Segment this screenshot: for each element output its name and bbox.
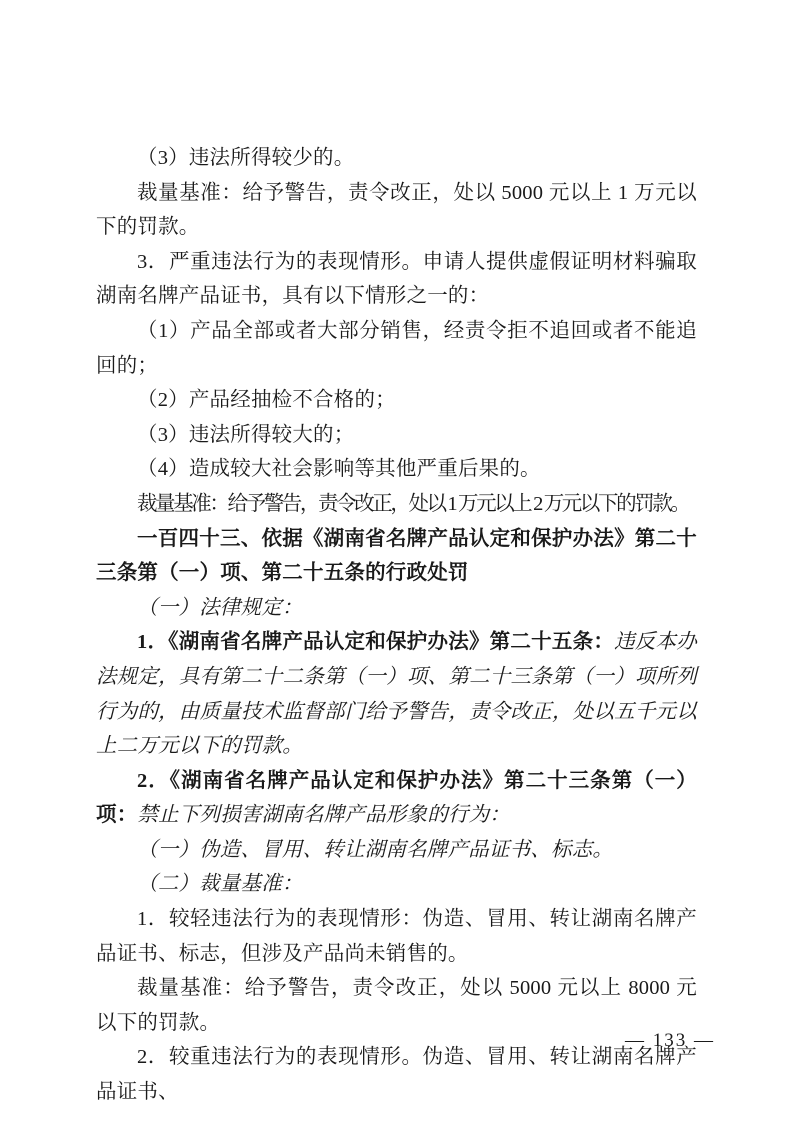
serious-item-4: （4）造成较大社会影响等其他严重后果的。 [96, 452, 697, 487]
text-run: （二）裁量基准： [137, 873, 303, 895]
text-run: 禁止下列损害湖南名牌产品形象的行为： [137, 804, 510, 826]
text-run: （一）伪造、冒用、转让湖南名牌产品证书、标志。 [137, 839, 613, 861]
text-run: （3）违法所得较大的； [137, 424, 354, 446]
penalty-standard-5000-to-10000: 裁量基准：给予警告，责令改正，处以 5000 元以上 1 万元以下的罚款。 [96, 176, 697, 245]
text-run: （2）产品经抽检不合格的； [137, 389, 396, 411]
prohibited-act-1: （一）伪造、冒用、转让湖南名牌产品证书、标志。 [96, 833, 697, 868]
text-run: 一百四十三、依据《湖南省名牌产品认定和保护办法》第二十三条第（一）项、第二十五条… [96, 527, 697, 585]
regulation-article-23-item-1: 2．《湖南省名牌产品认定和保护办法》第二十三条第（一）项：禁止下列损害湖南名牌产… [96, 764, 697, 833]
text-run: （4）造成较大社会影响等其他严重后果的。 [137, 458, 541, 480]
lighter-violation-intro: 1．较轻违法行为的表现情形：伪造、冒用、转让湖南名牌产品证书、标志，但涉及产品尚… [96, 902, 697, 971]
text-run: （一）法律规定： [137, 597, 303, 619]
penalty-standard-10000-to-20000: 裁量基准：给予警告，责令改正，处以 1 万元以上 2 万元以下的罚款。 [96, 487, 697, 522]
penalty-standard-5000-to-8000: 裁量基准：给予警告，责令改正，处以 5000 元以上 8000 元以下的罚款。 [96, 971, 697, 1040]
regulation-article-25: 1．《湖南省名牌产品认定和保护办法》第二十五条：违反本办法规定，具有第二十二条第… [96, 625, 697, 763]
text-run: 裁量基准：给予警告，责令改正，处以 5000 元以上 8000 元以下的罚款。 [96, 977, 697, 1034]
discretion-standard-label: （二）裁量基准： [96, 867, 697, 902]
section-143-heading: 一百四十三、依据《湖南省名牌产品认定和保护办法》第二十三条第（一）项、第二十五条… [96, 522, 697, 591]
text-run: 裁量基准：给予警告，责令改正，处以 5000 元以上 1 万元以下的罚款。 [96, 182, 697, 239]
page-number: — 133 — [625, 1029, 715, 1053]
text-run: 1．较轻违法行为的表现情形：伪造、冒用、转让湖南名牌产品证书、标志，但涉及产品尚… [96, 908, 697, 965]
text-run: 2．较重违法行为的表现情形。伪造、冒用、转让湖南名牌产品证书、 [96, 1046, 697, 1103]
serious-item-2: （2）产品经抽检不合格的； [96, 383, 697, 418]
document-body: （3）违法所得较少的。裁量基准：给予警告，责令改正，处以 5000 元以上 1 … [96, 141, 697, 1110]
text-run: 3．严重违法行为的表现情形。申请人提供虚假证明材料骗取湖南名牌产品证书，具有以下… [96, 251, 697, 308]
serious-item-3: （3）违法所得较大的； [96, 418, 697, 453]
heavier-violation-intro: 2．较重违法行为的表现情形。伪造、冒用、转让湖南名牌产品证书、 [96, 1040, 697, 1109]
text-run: 裁量基准：给予警告，责令改正，处以 1 万元以上 2 万元以下的罚款。 [137, 493, 689, 515]
text-run: （1）产品全部或者大部分销售，经责令拒不追回或者不能追回的； [96, 320, 697, 377]
serious-violation-intro: 3．严重违法行为的表现情形。申请人提供虚假证明材料骗取湖南名牌产品证书，具有以下… [96, 245, 697, 314]
serious-item-1: （1）产品全部或者大部分销售，经责令拒不追回或者不能追回的； [96, 314, 697, 383]
document-page: （3）违法所得较少的。裁量基准：给予警告，责令改正，处以 5000 元以上 1 … [0, 0, 793, 1122]
legal-basis-label: （一）法律规定： [96, 591, 697, 626]
text-run: （3）违法所得较少的。 [137, 147, 354, 169]
item-3-minor-gains: （3）违法所得较少的。 [96, 141, 697, 176]
text-run: 1．《湖南省名牌产品认定和保护办法》第二十五条： [137, 631, 614, 653]
